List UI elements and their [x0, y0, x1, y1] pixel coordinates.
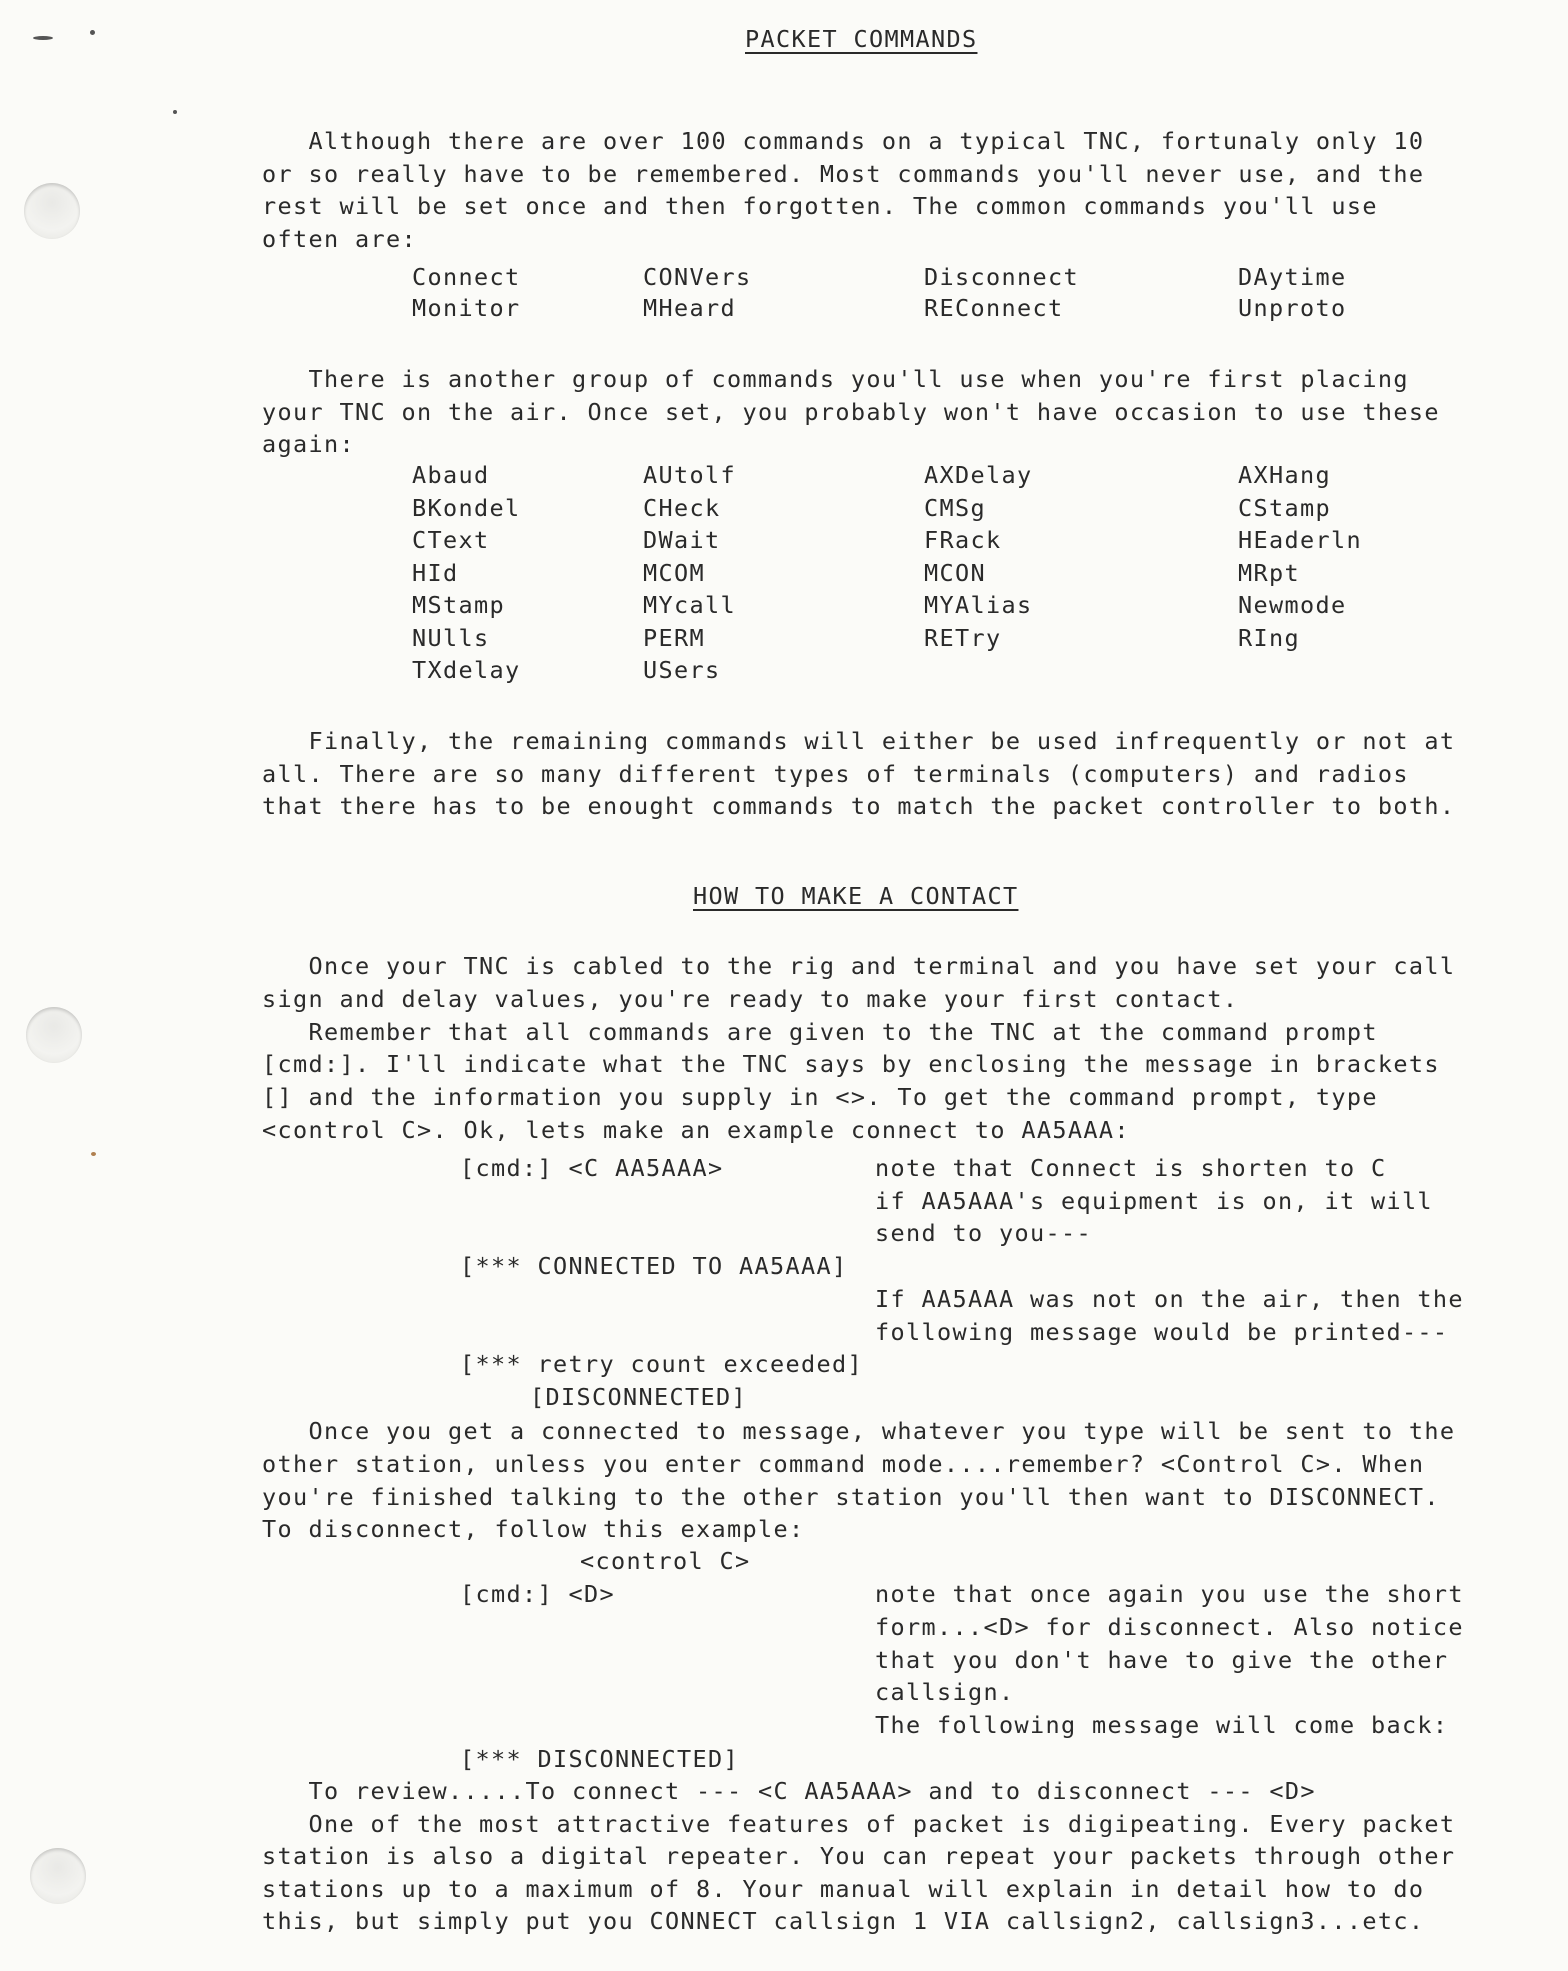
command-name: BKondel	[412, 497, 521, 521]
command-name: MCOM	[643, 562, 705, 586]
paragraph-line: all. There are so many different types o…	[262, 763, 1409, 787]
command-name: CONVers	[643, 266, 752, 290]
command-name: CText	[412, 529, 490, 553]
command-name: MYAlias	[924, 594, 1033, 618]
example-keystroke: <control C>	[580, 1550, 750, 1574]
example-command: [cmd:] <C AA5AAA>	[460, 1157, 723, 1181]
paper-speck	[90, 30, 95, 35]
command-name: Unproto	[1238, 297, 1347, 321]
scanned-page: PACKET COMMANDS Although there are over …	[0, 0, 1568, 1971]
example-note: note that once again you use the short	[875, 1583, 1464, 1607]
example-command: [cmd:] <D>	[460, 1583, 615, 1607]
paragraph-line: Finally, the remaining commands will eit…	[262, 730, 1455, 754]
section-title-packet-commands: PACKET COMMANDS	[745, 28, 977, 52]
command-name: HId	[412, 562, 459, 586]
example-note: if AA5AAA's equipment is on, it will	[875, 1190, 1433, 1214]
paragraph-line: Although there are over 100 commands on …	[262, 130, 1424, 154]
example-note: If AA5AAA was not on the air, then the	[875, 1288, 1464, 1312]
example-note: that you don't have to give the other	[875, 1649, 1448, 1673]
paragraph-line: other station, unless you enter command …	[262, 1453, 1424, 1477]
command-name: Connect	[412, 266, 521, 290]
command-name: Disconnect	[924, 266, 1079, 290]
paragraph-line: often are:	[262, 228, 417, 252]
tnc-message: [DISCONNECTED]	[530, 1386, 747, 1410]
paragraph-line: [] and the information you supply in <>.…	[262, 1086, 1378, 1110]
command-name: MHeard	[643, 297, 736, 321]
command-name: TXdelay	[412, 659, 521, 683]
command-name: Abaud	[412, 464, 490, 488]
command-name: NUlls	[412, 627, 490, 651]
tnc-message: [*** DISCONNECTED]	[460, 1748, 739, 1772]
example-note: The following message will come back:	[875, 1714, 1448, 1738]
punch-hole	[26, 1007, 82, 1063]
example-note: following message would be printed---	[875, 1321, 1448, 1345]
command-name: DAytime	[1238, 266, 1347, 290]
paragraph-line: Once you get a connected to message, wha…	[262, 1420, 1455, 1444]
paragraph-line: your TNC on the air. Once set, you proba…	[262, 401, 1440, 425]
section-title-how-to-make-a-contact: HOW TO MAKE A CONTACT	[693, 885, 1018, 909]
command-name: HEaderln	[1238, 529, 1362, 553]
paragraph-line: To review.....To connect --- <C AA5AAA> …	[262, 1780, 1316, 1804]
command-name: RIng	[1238, 627, 1300, 651]
command-name: AXHang	[1238, 464, 1331, 488]
tnc-message: [*** CONNECTED TO AA5AAA]	[460, 1255, 847, 1279]
command-name: MYcall	[643, 594, 736, 618]
paper-speck	[33, 36, 53, 40]
paragraph-line: or so really have to be remembered. Most…	[262, 163, 1424, 187]
command-name: USers	[643, 659, 721, 683]
paragraph-line: this, but simply put you CONNECT callsig…	[262, 1910, 1424, 1934]
example-note: form...<D> for disconnect. Also notice	[875, 1616, 1464, 1640]
command-name: MRpt	[1238, 562, 1300, 586]
paragraph-line: <control C>. Ok, lets make an example co…	[262, 1119, 1130, 1143]
paragraph-line: [cmd:]. I'll indicate what the TNC says …	[262, 1053, 1440, 1077]
command-name: Newmode	[1238, 594, 1347, 618]
example-note: callsign.	[875, 1681, 1014, 1705]
command-name: CStamp	[1238, 497, 1331, 521]
command-name: AUtolf	[643, 464, 736, 488]
paper-speck	[173, 110, 177, 114]
paper-speck	[91, 1152, 96, 1156]
paragraph-line: station is also a digital repeater. You …	[262, 1845, 1455, 1869]
paragraph-line: Remember that all commands are given to …	[262, 1021, 1378, 1045]
paragraph-line: rest will be set once and then forgotten…	[262, 195, 1378, 219]
command-name: CHeck	[643, 497, 721, 521]
example-note: send to you---	[875, 1222, 1092, 1246]
command-name: RETry	[924, 627, 1002, 651]
punch-hole	[24, 183, 80, 239]
paragraph-line: stations up to a maximum of 8. Your manu…	[262, 1878, 1424, 1902]
paragraph-line: One of the most attractive features of p…	[262, 1813, 1455, 1837]
command-name: PERM	[643, 627, 705, 651]
command-name: Monitor	[412, 297, 521, 321]
tnc-message: [*** retry count exceeded]	[460, 1353, 863, 1377]
paragraph-line: To disconnect, follow this example:	[262, 1518, 804, 1542]
example-note: note that Connect is shorten to C	[875, 1157, 1386, 1181]
command-name: CMSg	[924, 497, 986, 521]
paragraph-line: There is another group of commands you'l…	[262, 368, 1409, 392]
command-name: DWait	[643, 529, 721, 553]
command-name: MStamp	[412, 594, 505, 618]
paragraph-line: again:	[262, 433, 355, 457]
paragraph-line: that there has to be enought commands to…	[262, 795, 1455, 819]
punch-hole	[30, 1848, 86, 1904]
command-name: MCON	[924, 562, 986, 586]
paragraph-line: Once your TNC is cabled to the rig and t…	[262, 955, 1455, 979]
command-name: AXDelay	[924, 464, 1033, 488]
paragraph-line: you're finished talking to the other sta…	[262, 1486, 1440, 1510]
paragraph-line: sign and delay values, you're ready to m…	[262, 988, 1238, 1012]
command-name: REConnect	[924, 297, 1063, 321]
command-name: FRack	[924, 529, 1002, 553]
